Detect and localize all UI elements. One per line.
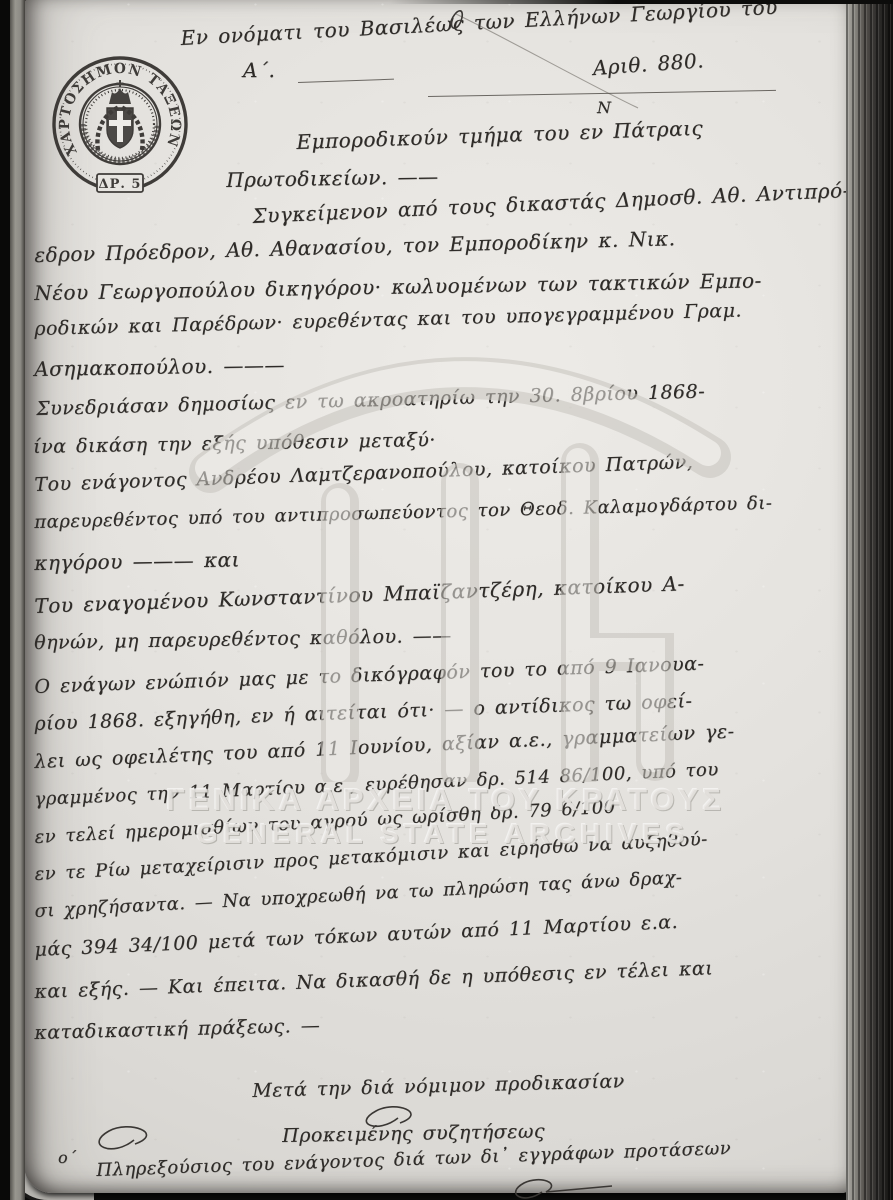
scan-top-edge: [390, 0, 893, 4]
page-stack-edge: [846, 0, 893, 1200]
shield-cross-horizontal: [109, 120, 131, 126]
book-spine-edge: [0, 0, 10, 1200]
stamp-denomination: ΔΡ. 5: [99, 177, 142, 192]
signer-initial: ο΄: [58, 1148, 77, 1167]
facing-page-edge: [10, 0, 25, 1200]
revenue-stamp: ΧΑΡΤΟΣΗΜΟΝ ΤΑΞΕΩΝ ΔΡ. 5: [50, 54, 190, 194]
manuscript-line: Πρωτοδικείων. ——: [226, 164, 439, 192]
shield-cross-vertical: [117, 111, 123, 142]
manuscript-line: Ασημακοπούλου. ———: [34, 353, 285, 381]
scanned-document-page: ΧΑΡΤΟΣΗΜΟΝ ΤΑΞΕΩΝ ΔΡ. 5 Εν ονόματι του Β…: [0, 0, 893, 1200]
crown-icon: [109, 88, 131, 104]
manuscript-line: κηγόρου ——— και: [34, 547, 240, 575]
crown-cross-icon: [117, 80, 124, 87]
series-mark: Α΄.: [243, 58, 275, 82]
closing-line: Προκειμένης συζητήσεως: [282, 1120, 545, 1147]
under-number-mark: Ν: [597, 98, 612, 117]
